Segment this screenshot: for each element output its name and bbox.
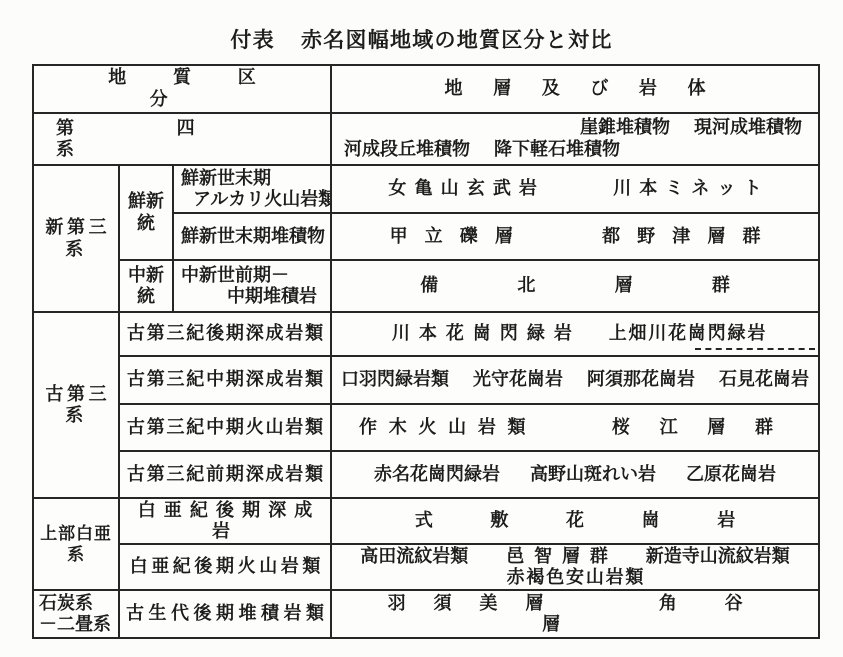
paleogene-row-2: 古第三紀中期深成岩類 口羽閃緑岩類光守花崗岩阿須那花崗岩石見花崗岩 xyxy=(33,356,819,404)
units-megameyama-basalt-kawamoto-minette: 女亀山玄武岩川本ミネット xyxy=(331,165,819,213)
division-late-pliocene-alkali-volcanics: 鮮新世末期 アルカリ火山岩類 xyxy=(173,165,331,213)
paleogene-row-4: 古第三紀前期深成岩類 赤名花崗閃緑岩高野山斑れい岩乙原花崗岩 xyxy=(33,451,819,498)
dashed-border-segment xyxy=(695,346,815,353)
unit-label: 高田流紋岩類 xyxy=(360,546,468,566)
unit-label: 桜江層群 xyxy=(582,417,803,437)
system-upper-cretaceous: 上部白亜系 xyxy=(33,498,119,590)
units-hasumi-sumitani-formations: 羽須美層角谷層 xyxy=(331,590,819,638)
units-akana-takanoyama-otobara: 赤名花崗閃緑岩高野山斑れい岩乙原花崗岩 xyxy=(331,451,819,498)
quaternary-units-cell: 崖錐堆積物現河成堆積物 河成段丘堆積物降下軽石堆積物 xyxy=(331,113,819,165)
unit-label: 川本ミネット xyxy=(605,178,770,198)
division-late-paleogene-plutonics: 古第三紀後期深成岩類 xyxy=(119,312,331,356)
division-line: 中期堆積岩 xyxy=(181,286,330,308)
carboniferous-permian-row: 石炭系 －二畳系 古生代後期堆積岩類 羽須美層角谷層 xyxy=(33,590,819,638)
neogene-row-1: 新第三系 鮮新統 鮮新世末期 アルカリ火山岩類 女亀山玄武岩川本ミネット xyxy=(33,165,819,213)
unit-label: 川本花崗閃緑岩 xyxy=(383,323,581,343)
unit-label: 乙原花崗岩 xyxy=(686,464,776,484)
units-kotachi-gravel-tonotsu-group: 甲立礫層都野津層群 xyxy=(331,213,819,260)
division-label: 白亜紀後期火山岩類 xyxy=(126,556,324,576)
unit-label: 都野津層群 xyxy=(585,226,778,246)
units-takada-ochi-shinzojiyama: 高田流紋岩類邑智層群新造寺山流紋岩類 赤褐色安山岩類 xyxy=(331,544,819,590)
units-sakugi-volcanics-sakurae-group: 作木火山岩類桜江層群 xyxy=(331,404,819,451)
units-kuchiba-mitsumori-asuna-iwami: 口羽閃緑岩類光守花崗岩阿須那花崗岩石見花崗岩 xyxy=(331,356,819,404)
unit-label: 阿須那花崗岩 xyxy=(587,369,695,389)
header-row: 地質区分 地層及び岩体 xyxy=(33,65,819,113)
division-late-cretaceous-plutonics: 白亜紀後期深成岩 xyxy=(119,498,331,544)
division-late-cretaceous-volcanics: 白亜紀後期火山岩類 xyxy=(119,544,331,590)
units-bihoku-group: 備北層群 xyxy=(331,260,819,312)
quaternary-system-label: 第四系 xyxy=(56,118,297,160)
paleogene-row-3: 古第三紀中期火山岩類 作木火山岩類桜江層群 xyxy=(33,404,819,451)
header-geological-classification: 地質区分 xyxy=(33,65,331,113)
paleogene-system-label: 古第三系 xyxy=(42,384,110,426)
division-label: 古第三紀中期火山岩類 xyxy=(125,417,325,437)
unit-label: 備北層群 xyxy=(341,275,809,295)
unit-label: 赤褐色安山岩類 xyxy=(505,567,645,587)
unit-label: 新造寺山流紋岩類 xyxy=(646,546,790,566)
header-strata-rock-bodies: 地層及び岩体 xyxy=(331,65,819,113)
unit-label: 角谷層 xyxy=(542,593,790,635)
unit-label: 降下軽石堆積物 xyxy=(494,139,620,159)
quaternary-lower-units: 河成段丘堆積物降下軽石堆積物 xyxy=(332,139,818,165)
division-label: 古生代後期堆積岩類 xyxy=(122,603,329,623)
unit-label: 羽須美層 xyxy=(360,593,572,613)
quaternary-upper-units: 崖錐堆積物現河成堆積物 xyxy=(332,114,818,139)
unit-label: 邑智層群 xyxy=(496,546,618,566)
unit-label: 上畑川花崗閃緑岩 xyxy=(607,323,767,343)
unit-label: 口羽閃緑岩類 xyxy=(341,369,449,389)
system-line: －二畳系 xyxy=(39,614,118,636)
neogene-system-label: 新第三系 xyxy=(42,217,110,259)
division-middle-paleogene-plutonics: 古第三紀中期深成岩類 xyxy=(119,356,331,404)
unit-label: 式敷花崗岩 xyxy=(357,510,793,530)
unit-label: 現河成堆積物 xyxy=(694,117,802,137)
division-label: 古第三紀中期深成岩類 xyxy=(125,369,325,389)
title-prefix: 付表 xyxy=(230,29,275,52)
division-late-paleozoic-sediments: 古生代後期堆積岩類 xyxy=(119,590,331,638)
pliocene-series-label: 鮮新統 xyxy=(128,191,164,233)
unit-label: 甲立礫層 xyxy=(372,226,530,246)
upper-cretaceous-row-1: 上部白亜系 白亜紀後期深成岩 式敷花崗岩 xyxy=(33,498,819,544)
unit-label: 高野山斑れい岩 xyxy=(530,464,656,484)
division-middle-paleogene-volcanics: 古第三紀中期火山岩類 xyxy=(119,404,331,451)
unit-label: 石見花崗岩 xyxy=(719,369,809,389)
scanned-geological-table-page: 付表赤名図幅地域の地質区分と対比 地質区分 地層及び岩体 第四系 崖錐堆積物現河… xyxy=(0,0,843,657)
division-label: 古第三紀前期深成岩類 xyxy=(125,464,325,484)
quaternary-row: 第四系 崖錐堆積物現河成堆積物 河成段丘堆積物降下軽石堆積物 xyxy=(33,113,819,165)
unit-label: 河成段丘堆積物 xyxy=(344,139,470,159)
division-line: 中新世前期－ xyxy=(181,265,330,287)
unit-label: 赤名花崗閃緑岩 xyxy=(374,464,500,484)
division-label: 鮮新世末期堆積物 xyxy=(181,226,325,246)
division-early-paleogene-plutonics: 古第三紀前期深成岩類 xyxy=(119,451,331,498)
unit-label: 崖錐堆積物 xyxy=(580,117,670,137)
units-line-2: 赤褐色安山岩類 xyxy=(332,567,818,589)
units-line-1: 高田流紋岩類邑智層群新造寺山流紋岩類 xyxy=(332,546,818,568)
system-line: 石炭系 xyxy=(39,593,118,615)
units-shikijiki-granite: 式敷花崗岩 xyxy=(331,498,819,544)
division-line: 鮮新世末期 xyxy=(181,168,330,190)
unit-label: 女亀山玄武岩 xyxy=(380,178,545,198)
series-pliocene: 鮮新統 xyxy=(119,165,173,260)
upper-cretaceous-row-2: 白亜紀後期火山岩類 高田流紋岩類邑智層群新造寺山流紋岩類 赤褐色安山岩類 xyxy=(33,544,819,590)
page-title: 付表赤名図幅地域の地質区分と対比 xyxy=(0,24,843,54)
upper-cretaceous-system-label: 上部白亜系 xyxy=(40,524,111,565)
division-early-middle-miocene-sediments: 中新世前期－ 中期堆積岩 xyxy=(173,260,331,312)
division-late-pliocene-deposits: 鮮新世末期堆積物 xyxy=(173,213,331,260)
system-neogene: 新第三系 xyxy=(33,165,119,312)
system-carboniferous-permian: 石炭系 －二畳系 xyxy=(33,590,119,638)
miocene-series-label: 中新統 xyxy=(128,265,164,307)
header-strata-label: 地層及び岩体 xyxy=(414,78,736,98)
neogene-row-3: 中新統 中新世前期－ 中期堆積岩 備北層群 xyxy=(33,260,819,312)
unit-label: 作木火山岩類 xyxy=(347,417,537,437)
division-line: アルカリ火山岩類 xyxy=(181,189,330,211)
unit-label: 光守花崗岩 xyxy=(473,369,563,389)
title-main: 赤名図幅地域の地質区分と対比 xyxy=(301,29,613,52)
system-paleogene: 古第三系 xyxy=(33,312,119,498)
header-classification-label: 地質区分 xyxy=(61,67,302,109)
division-label: 古第三紀後期深成岩類 xyxy=(125,323,325,343)
series-miocene: 中新統 xyxy=(119,260,173,312)
division-label: 白亜紀後期深成岩 xyxy=(130,500,321,542)
system-quaternary: 第四系 xyxy=(33,113,331,165)
